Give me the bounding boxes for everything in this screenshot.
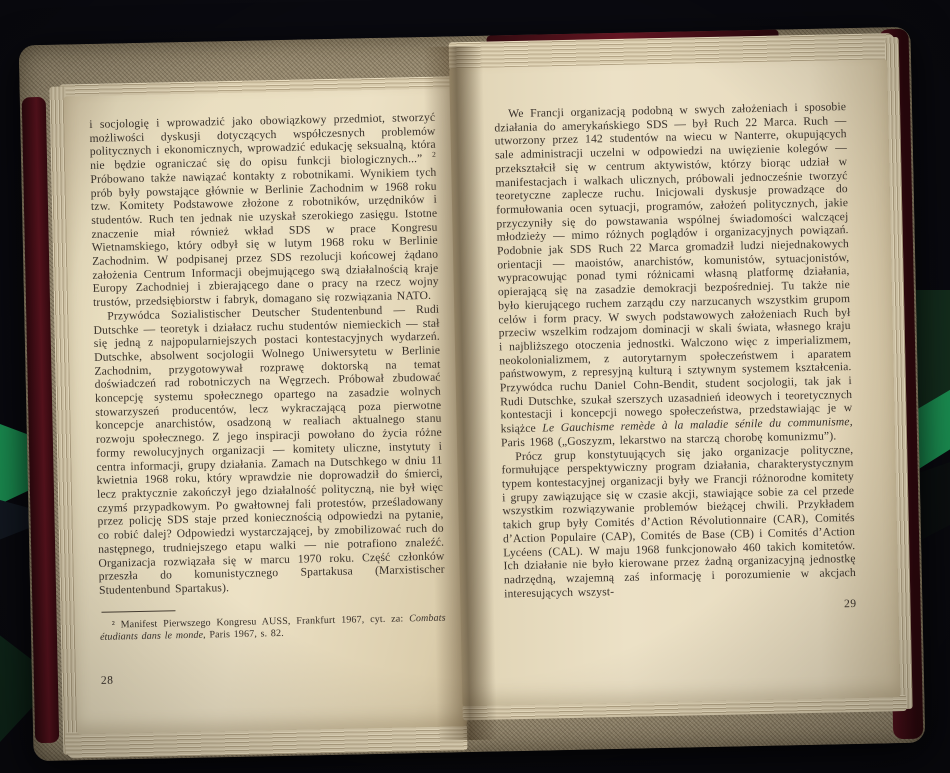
page-number-left: 28 [101,667,447,688]
text-segment: Przywódca Sozialistischer Deutscher Stud… [93,303,444,597]
left-page-text: i socjologię i wprowadzić jako obowiązko… [89,111,447,689]
paragraph: i socjologię i wprowadzić jako obowiązko… [89,111,439,310]
text-segment: We Francji organizacją podobną w swych z… [494,100,852,435]
page-number-right: 29 [504,598,856,619]
left-page-stack: i socjologię i wprowadzić jako obowiązko… [49,76,467,758]
book-photo-scene: i socjologię i wprowadzić jako obowiązko… [0,0,950,773]
footnote-rule [101,610,175,613]
paragraph: Przywódca Sozialistischer Deutscher Stud… [93,303,445,598]
footnote-reference: 2 [432,150,436,159]
text-segment: ² Manifest Pierwszego Kongresu AUSS, Fra… [112,613,410,630]
right-page-paragraphs: We Francji organizacją podobną w swych z… [494,100,856,601]
text-segment: Próbowano także nawiązać kontakty z robo… [90,166,438,310]
text-segment: i socjologię i wprowadzić jako obowiązko… [89,111,436,172]
open-book: i socjologię i wprowadzić jako obowiązko… [19,27,926,762]
footnote: ² Manifest Pierwszego Kongresu AUSS, Fra… [100,612,446,644]
text-segment: Prócz grup konstytuujących się jako orga… [501,443,855,600]
paragraph: Prócz grup konstytuujących się jako orga… [501,443,856,601]
paragraph: We Francji organizacją podobną w swych z… [494,100,853,450]
right-page-text: We Francji organizacją podobną w swych z… [494,100,857,619]
left-page-paragraphs: i socjologię i wprowadzić jako obowiązko… [89,111,445,598]
right-page: We Francji organizacją podobną w swych z… [449,59,900,706]
right-page-stack: We Francji organizacją podobną w swych z… [449,33,913,720]
dark-cloth-fold-left [0,500,30,546]
left-page: i socjologię i wprowadzić jako obowiązko… [64,88,467,734]
text-segment: , Paris 1967, s. 82. [203,628,284,641]
